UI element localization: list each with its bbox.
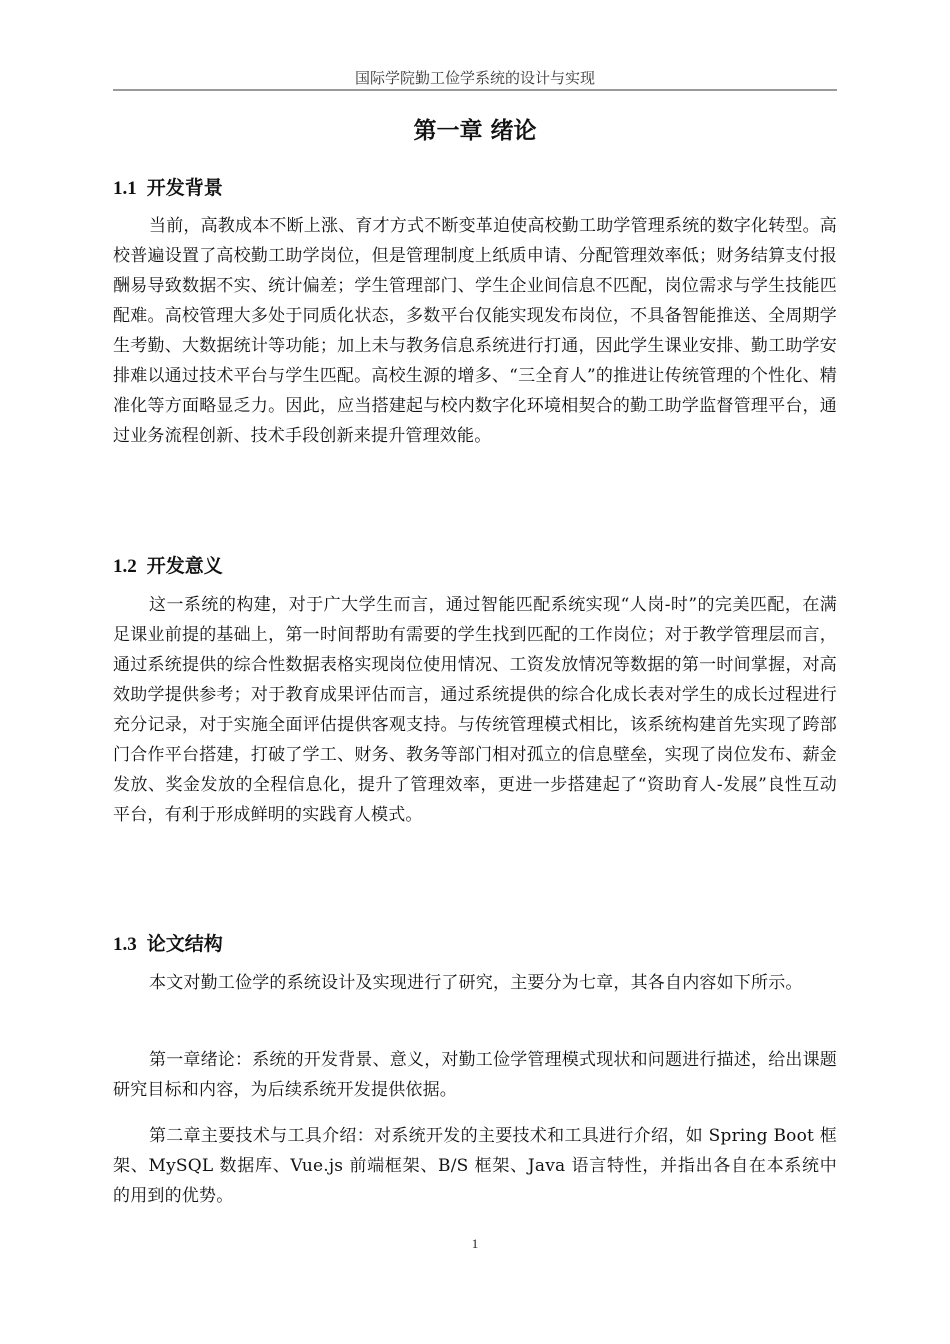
section-title: 开发背景 — [147, 177, 223, 199]
chapter-title: 第一章 绪论 — [113, 113, 837, 149]
section-heading-1-3: 1.3论文结构 — [113, 929, 223, 960]
section-number: 1.2 — [113, 556, 137, 577]
paragraph-chapter-1-summary: 第一章绪论：系统的开发背景、意义，对勤工俭学管理模式现状和问题进行描述，给出课题… — [113, 1045, 837, 1105]
paragraph-chapter-2-summary: 第二章主要技术与工具介绍：对系统开发的主要技术和工具进行介绍，如 Spring … — [113, 1121, 837, 1211]
section-number: 1.3 — [113, 934, 137, 955]
header-divider — [113, 89, 837, 91]
page-number: 1 — [113, 1236, 837, 1252]
running-title: 国际学院勤工俭学系统的设计与实现 — [113, 68, 837, 88]
section-title: 开发意义 — [147, 555, 223, 577]
section-number: 1.1 — [113, 178, 137, 199]
section-heading-1-1: 1.1开发背景 — [113, 173, 223, 204]
paragraph-background: 当前，高教成本不断上涨、育才方式不断变革迫使高校勤工助学管理系统的数字化转型。高… — [113, 211, 837, 451]
section-heading-1-2: 1.2开发意义 — [113, 551, 223, 582]
paragraph-significance: 这一系统的构建，对于广大学生而言，通过智能匹配系统实现“人岗-时”的完美匹配，在… — [113, 590, 837, 830]
paragraph-structure-intro: 本文对勤工俭学的系统设计及实现进行了研究，主要分为七章，其各自内容如下所示。 — [113, 968, 837, 998]
section-title: 论文结构 — [147, 933, 223, 955]
